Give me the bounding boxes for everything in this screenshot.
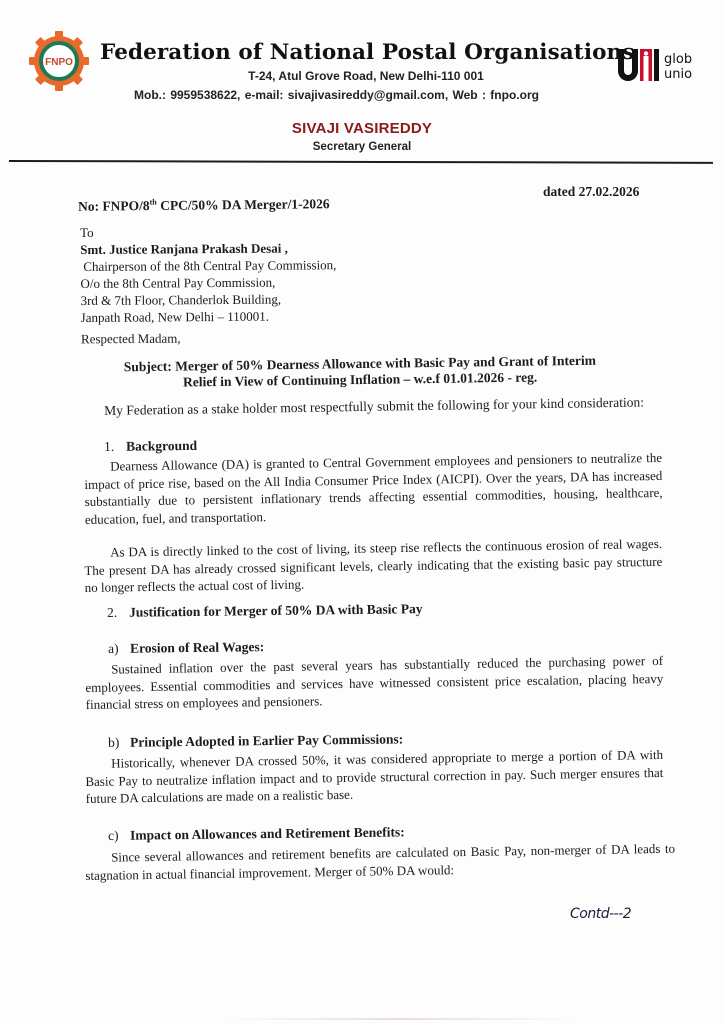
letter-date: dated 27.02.2026	[543, 183, 639, 200]
subsection-title: Erosion of Real Wages:	[130, 639, 264, 656]
subsection-label: b)	[108, 734, 130, 751]
organisation-address: T-24, Atul Grove Road, New Delhi-110 001	[0, 69, 724, 83]
organisation-name: Federation of National Postal Organisati…	[100, 40, 634, 65]
section-number: 1.	[104, 438, 126, 455]
continuation-note: Contd---2	[570, 906, 631, 922]
section-number: 2.	[107, 604, 129, 621]
scan-artifact	[220, 1018, 580, 1020]
address-text: T-24, Atul Grove Road, New Delhi-110 001	[248, 69, 484, 83]
subsection-title: Impact on Allowances and Retirement Bene…	[130, 824, 405, 842]
svg-text:global: global	[664, 52, 693, 67]
subsection-heading-principle: b)Principle Adopted in Earlier Pay Commi…	[108, 730, 403, 751]
background-paragraph-2: As DA is directly linked to the cost of …	[84, 535, 663, 597]
address-line: Chairperson of the 8th Central Pay Commi…	[80, 256, 336, 275]
svg-text:union: union	[664, 67, 693, 82]
impact-paragraph: Since several allowances and retirement …	[85, 840, 675, 884]
background-paragraph-1: Dearness Allowance (DA) is granted to Ce…	[84, 449, 663, 528]
ref-suffix: CPC/50% DA Merger/1-2026	[157, 196, 330, 213]
letterhead-divider	[9, 160, 713, 164]
section-heading-justification: 2.Justification for Merger of 50% DA wit…	[107, 600, 423, 621]
intro-paragraph: My Federation as a stake holder most res…	[104, 394, 644, 419]
addressee-name: Smt. Justice Ranjana Prakash Desai ,	[80, 239, 336, 258]
subsection-label: c)	[108, 827, 130, 844]
salutation: Respected Madam,	[81, 330, 181, 348]
to-label: To	[80, 222, 336, 241]
principle-paragraph: Historically, whenever DA crossed 50%, i…	[85, 746, 664, 808]
reference-number: No: FNPO/8th CPC/50% DA Merger/1-2026	[78, 192, 330, 215]
ref-superscript: th	[150, 197, 157, 206]
svg-text:FNPO: FNPO	[45, 57, 73, 68]
signatory-name: SIVAJI VASIREDDY	[0, 120, 724, 137]
subsection-heading-erosion: a)Erosion of Real Wages:	[108, 638, 264, 657]
uni-global-union-icon: global union	[617, 47, 693, 83]
subject: Subject: Merger of 50% Dearness Allowanc…	[80, 352, 640, 392]
uni-global-union-logo: global union	[617, 47, 693, 83]
erosion-paragraph: Sustained inflation over the past severa…	[85, 652, 664, 714]
section-title: Justification for Merger of 50% DA with …	[129, 601, 423, 620]
subsection-label: a)	[108, 640, 130, 657]
address-line: Janpath Road, New Delhi – 110001.	[81, 307, 337, 326]
subsection-heading-impact: c)Impact on Allowances and Retirement Be…	[108, 823, 405, 844]
signatory-title: Secretary General	[0, 141, 724, 153]
address-line: 3rd & 7th Floor, Chanderlok Building,	[80, 290, 336, 309]
section-heading-background: 1.Background	[104, 437, 197, 455]
subsection-title: Principle Adopted in Earlier Pay Commiss…	[130, 731, 403, 749]
ref-prefix: No: FNPO/8	[78, 198, 150, 214]
section-title: Background	[126, 438, 197, 454]
organisation-contact: Mob.: 9959538622, e-mail: sivajivasiredd…	[134, 88, 539, 102]
recipient-block: To Smt. Justice Ranjana Prakash Desai , …	[80, 222, 337, 326]
address-line: O/o the 8th Central Pay Commission,	[80, 273, 336, 292]
